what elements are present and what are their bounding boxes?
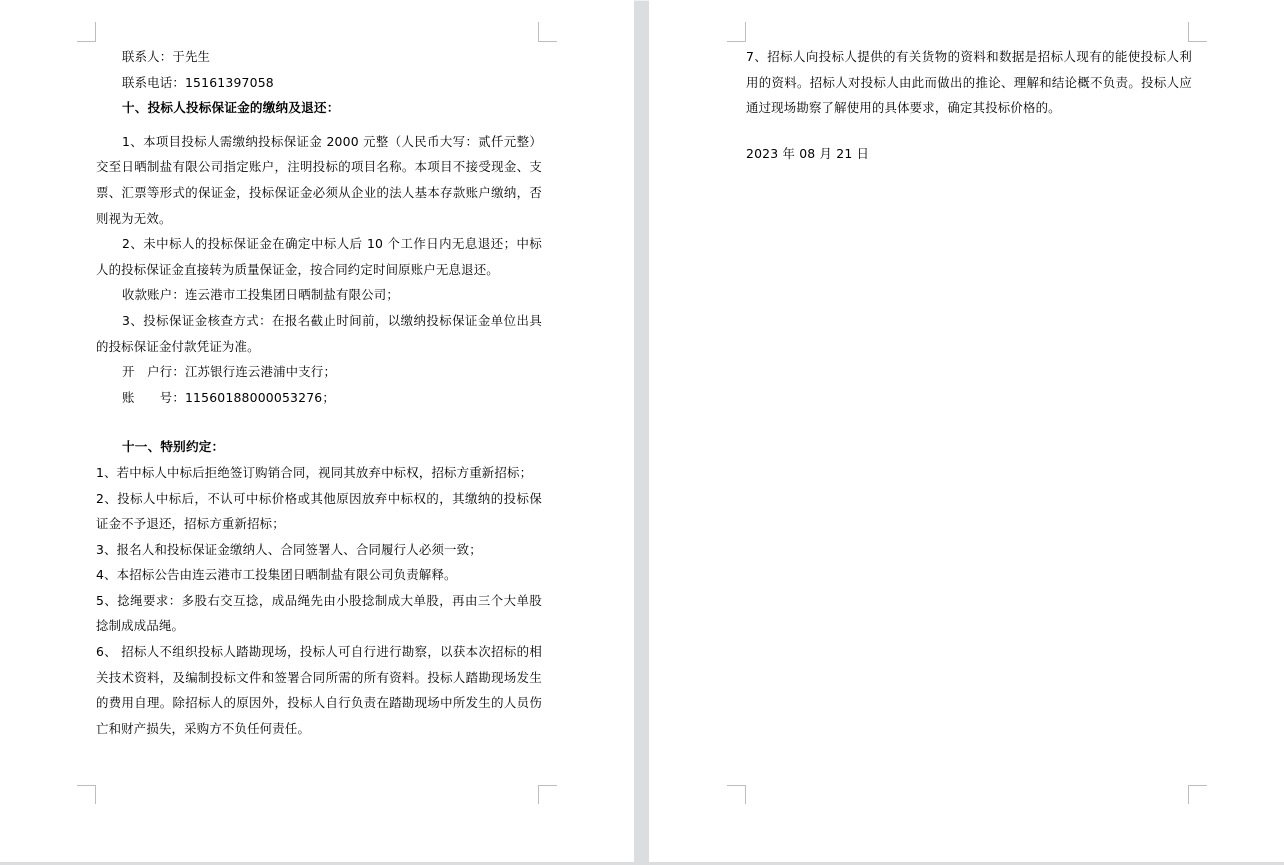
special-term-7: 7、招标人向投标人提供的有关货物的资料和数据是招标人现有的能使投标人利用的资料。… xyxy=(746,44,1192,121)
section-10-paragraph-1: 1、本项目投标人需缴纳投标保证金 2000 元整（人民币大写：贰仟元整）交至日晒… xyxy=(96,129,542,231)
corner-mark-top-right xyxy=(1188,22,1207,42)
page-1-text-area: 联系人：于先生 联系电话：15161397058 十、投标人投标保证金的缴纳及退… xyxy=(96,44,542,741)
special-term-3: 3、报名人和投标保证金缴纳人、合同签署人、合同履行人必须一致； xyxy=(96,537,542,563)
spacer xyxy=(96,121,542,129)
special-term-4: 4、本招标公告由连云港市工投集团日晒制盐有限公司负责解释。 xyxy=(96,562,542,588)
special-term-2: 2、投标人中标后，不认可中标价格或其他原因放弃中标权的，其缴纳的投标保证金不予退… xyxy=(96,486,542,537)
special-term-6: 6、 招标人不组织投标人踏勘现场，投标人可自行进行勘察，以获本次招标的相关技术资… xyxy=(96,639,542,741)
receiving-account: 收款账户：连云港市工投集团日晒制盐有限公司； xyxy=(96,282,542,308)
contact-phone: 联系电话：15161397058 xyxy=(96,70,542,96)
special-term-1: 1、若中标人中标后拒绝签订购销合同，视同其放弃中标权，招标方重新招标； xyxy=(96,460,542,486)
document-page-2[interactable]: 7、招标人向投标人提供的有关货物的资料和数据是招标人现有的能使投标人利用的资料。… xyxy=(649,0,1284,862)
corner-mark-bottom-left xyxy=(727,785,746,804)
corner-mark-bottom-right xyxy=(1188,785,1207,804)
account-number: 账 号：11560188000053276； xyxy=(96,385,542,411)
section-10-paragraph-2: 2、未中标人的投标保证金在确定中标人后 10 个工作日内无息退还；中标人的投标保… xyxy=(96,231,542,282)
section-11-heading: 十一、特别约定： xyxy=(96,434,542,460)
corner-mark-bottom-left xyxy=(77,785,96,804)
corner-mark-top-left xyxy=(77,22,96,42)
section-10-paragraph-3: 3、投标保证金核查方式：在报名截止时间前，以缴纳投标保证金单位出具的投标保证金付… xyxy=(96,308,542,359)
page-2-text-area: 7、招标人向投标人提供的有关货物的资料和数据是招标人现有的能使投标人利用的资料。… xyxy=(746,44,1192,166)
contact-person: 联系人：于先生 xyxy=(96,44,542,70)
document-date: 2023 年 08 月 21 日 xyxy=(746,141,1192,167)
section-10-heading: 十、投标人投标保证金的缴纳及退还： xyxy=(96,95,542,121)
spacer xyxy=(96,410,542,434)
document-page-1[interactable]: 联系人：于先生 联系电话：15161397058 十、投标人投标保证金的缴纳及退… xyxy=(0,0,634,862)
opening-bank: 开 户行：江苏银行连云港浦中支行； xyxy=(96,359,542,385)
corner-mark-bottom-right xyxy=(538,785,557,804)
corner-mark-top-left xyxy=(727,22,746,42)
special-term-5: 5、捻绳要求：多股右交互捻，成品绳先由小股捻制成大单股，再由三个大单股捻制成成品… xyxy=(96,588,542,639)
corner-mark-top-right xyxy=(538,22,557,42)
